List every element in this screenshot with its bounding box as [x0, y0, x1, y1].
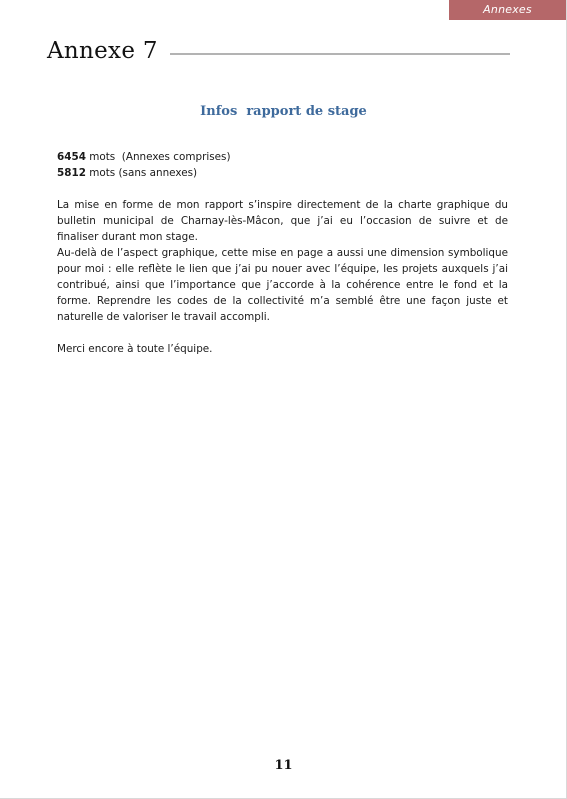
closing-thanks: Merci encore à toute l’équipe.	[57, 341, 508, 357]
spacer	[57, 325, 508, 341]
title-divider	[170, 53, 510, 55]
word-count-number: 5812	[57, 167, 86, 179]
document-page: Annexes Annexe 7 Infos rapport de stage …	[0, 0, 567, 799]
section-badge: Annexes	[449, 0, 566, 20]
word-count-without-annexes: 5812 mots (sans annexes)	[57, 165, 508, 181]
word-count-with-annexes: 6454 mots (Annexes comprises)	[57, 149, 508, 165]
paragraph-charte: La mise en forme de mon rapport s’inspir…	[57, 197, 508, 245]
word-count-label: mots (sans annexes)	[86, 167, 197, 179]
annex-title: Annexe 7	[47, 38, 158, 64]
paragraph-symbolique: Au-delà de l’aspect graphique, cette mis…	[57, 245, 508, 325]
section-subtitle: Infos rapport de stage	[0, 104, 567, 119]
body-text: 6454 mots (Annexes comprises) 5812 mots …	[57, 149, 508, 357]
spacer	[57, 181, 508, 197]
word-count-number: 6454	[57, 151, 86, 163]
page-number: 11	[0, 758, 567, 773]
word-count-label: mots (Annexes comprises)	[86, 151, 231, 163]
